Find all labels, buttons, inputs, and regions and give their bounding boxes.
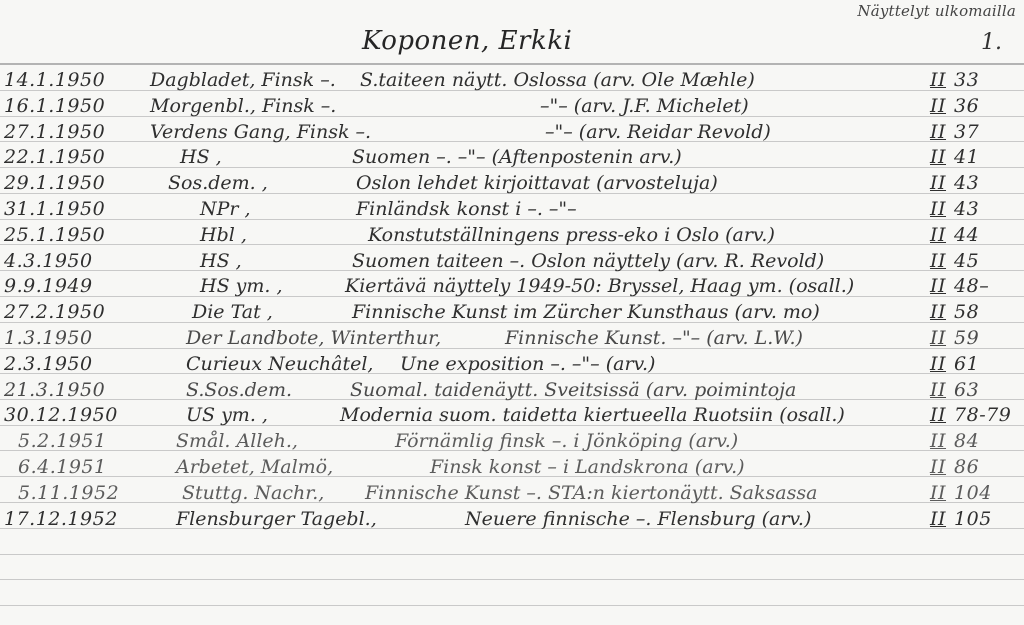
entry-page: 45 — [954, 250, 979, 272]
entry-volume: II — [930, 456, 946, 478]
entry-volume: II — [930, 250, 946, 272]
entry-page: 104 — [954, 482, 992, 504]
entry-date: 5.11.1952 — [18, 481, 168, 506]
entry-description: Finsk konst – i Landskrona (arv.) — [430, 455, 745, 480]
entry-reference: II86 — [930, 455, 1024, 480]
entry-source: Stuttg. Nachr., — [182, 481, 324, 506]
ruled-line — [0, 554, 1024, 555]
entry-date: 16.1.1950 — [4, 94, 154, 119]
entry-description: Förnämlig finsk –. i Jönköping (arv.) — [395, 429, 738, 454]
entry-page: 58 — [954, 301, 979, 323]
entry-volume: II — [930, 482, 946, 504]
entry-row: 17.12.1952 Flensburger Tagebl., Neuere f… — [0, 507, 1024, 533]
entry-page: 33 — [954, 69, 979, 91]
entry-date: 30.12.1950 — [4, 403, 154, 428]
entry-description: Konstutställningens press-eko i Oslo (ar… — [368, 223, 775, 248]
entry-row: 22.1.1950 HS , Suomen –. –"– (Aftenposte… — [0, 145, 1024, 171]
entry-description: –"– (arv. J.F. Michelet) — [540, 94, 749, 119]
entry-row: 29.1.1950 Sos.dem. , Oslon lehdet kirjoi… — [0, 171, 1024, 197]
entry-date: 6.4.1951 — [18, 455, 168, 480]
entry-volume: II — [930, 508, 946, 530]
entry-reference: II104 — [930, 481, 1024, 506]
entry-date: 27.1.1950 — [4, 120, 154, 145]
entry-page: 43 — [954, 172, 979, 194]
entry-volume: II — [930, 404, 946, 426]
entry-volume: II — [930, 353, 946, 375]
entry-source: Sos.dem. , — [168, 171, 268, 196]
entry-source: Curieux Neuchâtel, — [186, 352, 373, 377]
entry-reference: II44 — [930, 223, 1024, 248]
entry-row: 9.9.1949 HS ym. , Kiertävä näyttely 1949… — [0, 274, 1024, 300]
ruled-line — [0, 605, 1024, 606]
entry-volume: II — [930, 430, 946, 452]
entry-description: S.taiteen näytt. Oslossa (arv. Ole Mæhle… — [360, 68, 755, 93]
entry-volume: II — [930, 301, 946, 323]
category-note: Näyttelyt ulkomailla — [857, 2, 1016, 20]
entry-volume: II — [930, 146, 946, 168]
header-rule — [0, 63, 1024, 65]
entry-page: 37 — [954, 121, 979, 143]
entry-volume: II — [930, 198, 946, 220]
entry-source: HS ym. , — [200, 274, 283, 299]
entry-description: Finnische Kunst im Zürcher Kunsthaus (ar… — [352, 300, 820, 325]
entry-source: HS , — [200, 249, 242, 274]
entry-volume: II — [930, 121, 946, 143]
entry-description: Suomal. taidenäytt. Sveitsissä (arv. poi… — [350, 378, 796, 403]
entry-reference: II36 — [930, 94, 1024, 119]
index-card: Näyttelyt ulkomailla Koponen, Erkki 1. 1… — [0, 0, 1024, 625]
entry-reference: II37 — [930, 120, 1024, 145]
entry-source: Smål. Alleh., — [176, 429, 298, 454]
entry-source: S.Sos.dem. — [186, 378, 292, 403]
entry-reference: II58 — [930, 300, 1024, 325]
ruled-line — [0, 579, 1024, 580]
entry-description: Finnische Kunst. –"– (arv. L.W.) — [505, 326, 803, 351]
entry-reference: II78-79 — [930, 403, 1024, 428]
entry-reference: II63 — [930, 378, 1024, 403]
entry-page: 41 — [954, 146, 979, 168]
entry-source: Hbl , — [200, 223, 247, 248]
card-title: Koponen, Erkki — [362, 26, 572, 56]
entry-reference: II59 — [930, 326, 1024, 351]
entry-reference: II61 — [930, 352, 1024, 377]
entry-row: 5.11.1952 Stuttg. Nachr., Finnische Kuns… — [0, 481, 1024, 507]
entry-description: Kiertävä näyttely 1949-50: Bryssel, Haag… — [345, 274, 854, 299]
entry-page: 86 — [954, 456, 979, 478]
entry-row: 31.1.1950 NPr , Finländsk konst i –. –"–… — [0, 197, 1024, 223]
entry-row: 1.3.1950 Der Landbote, Winterthur, Finni… — [0, 326, 1024, 352]
entry-source: Verdens Gang, Finsk –. — [150, 120, 371, 145]
entry-description: –"– (arv. Reidar Revold) — [545, 120, 771, 145]
entry-volume: II — [930, 275, 946, 297]
entry-volume: II — [930, 224, 946, 246]
entry-list: 14.1.1950 Dagbladet, Finsk –. S.taiteen … — [0, 68, 1024, 532]
entry-reference: II84 — [930, 429, 1024, 454]
entry-reference: II43 — [930, 197, 1024, 222]
entry-date: 17.12.1952 — [4, 507, 154, 532]
entry-row: 4.3.1950 HS , Suomen taiteen –. Oslon nä… — [0, 249, 1024, 275]
entry-description: Suomen taiteen –. Oslon näyttely (arv. R… — [352, 249, 824, 274]
entry-row: 14.1.1950 Dagbladet, Finsk –. S.taiteen … — [0, 68, 1024, 94]
entry-source: NPr , — [200, 197, 251, 222]
entry-row: 30.12.1950 US ym. , Modernia suom. taide… — [0, 403, 1024, 429]
entry-description: Oslon lehdet kirjoittavat (arvosteluja) — [356, 171, 718, 196]
card-number: 1. — [981, 30, 1002, 55]
entry-source: HS , — [180, 145, 222, 170]
entry-row: 6.4.1951 Arbetet, Malmö, Finsk konst – i… — [0, 455, 1024, 481]
entry-page: 84 — [954, 430, 979, 452]
entry-page: 48– — [954, 275, 989, 297]
entry-date: 25.1.1950 — [4, 223, 154, 248]
entry-description: Neuere finnische –. Flensburg (arv.) — [465, 507, 811, 532]
entry-volume: II — [930, 95, 946, 117]
entry-source: Flensburger Tagebl., — [176, 507, 377, 532]
entry-description: Une exposition –. –"– (arv.) — [400, 352, 655, 377]
entry-description: Finländsk konst i –. –"– — [356, 197, 577, 222]
entry-volume: II — [930, 172, 946, 194]
entry-page: 78-79 — [954, 404, 1011, 426]
entry-volume: II — [930, 379, 946, 401]
entry-description: Finnische Kunst –. STA:n kiertonäytt. Sa… — [365, 481, 817, 506]
entry-description: Suomen –. –"– (Aftenpostenin arv.) — [352, 145, 682, 170]
entry-source: Die Tat , — [192, 300, 273, 325]
entry-row: 25.1.1950 Hbl , Konstutställningens pres… — [0, 223, 1024, 249]
entry-date: 9.9.1949 — [4, 274, 154, 299]
entry-reference: II33 — [930, 68, 1024, 93]
entry-date: 14.1.1950 — [4, 68, 154, 93]
entry-page: 61 — [954, 353, 979, 375]
entry-date: 31.1.1950 — [4, 197, 154, 222]
entry-row: 21.3.1950 S.Sos.dem. Suomal. taidenäytt.… — [0, 378, 1024, 404]
entry-reference: II48– — [930, 274, 1024, 299]
entry-page: 105 — [954, 508, 992, 530]
entry-reference: II45 — [930, 249, 1024, 274]
entry-page: 59 — [954, 327, 979, 349]
entry-page: 36 — [954, 95, 979, 117]
entry-volume: II — [930, 327, 946, 349]
entry-date: 21.3.1950 — [4, 378, 154, 403]
entry-reference: II105 — [930, 507, 1024, 532]
entry-row: 5.2.1951 Smål. Alleh., Förnämlig finsk –… — [0, 429, 1024, 455]
entry-date: 1.3.1950 — [4, 326, 154, 351]
entry-date: 2.3.1950 — [4, 352, 154, 377]
entry-row: 2.3.1950 Curieux Neuchâtel, Une expositi… — [0, 352, 1024, 378]
entry-source: Arbetet, Malmö, — [176, 455, 333, 480]
entry-source: Der Landbote, Winterthur, — [186, 326, 441, 351]
entry-page: 44 — [954, 224, 979, 246]
entry-reference: II43 — [930, 171, 1024, 196]
entry-source: Dagbladet, Finsk –. — [150, 68, 336, 93]
entry-row: 27.2.1950 Die Tat , Finnische Kunst im Z… — [0, 300, 1024, 326]
entry-page: 63 — [954, 379, 979, 401]
entry-date: 5.2.1951 — [18, 429, 168, 454]
entry-reference: II41 — [930, 145, 1024, 170]
entry-source: Morgenbl., Finsk –. — [150, 94, 336, 119]
entry-row: 16.1.1950 Morgenbl., Finsk –. –"– (arv. … — [0, 94, 1024, 120]
entry-source: US ym. , — [186, 403, 268, 428]
entry-date: 22.1.1950 — [4, 145, 154, 170]
entry-row: 27.1.1950 Verdens Gang, Finsk –. –"– (ar… — [0, 120, 1024, 146]
entry-date: 4.3.1950 — [4, 249, 154, 274]
entry-date: 29.1.1950 — [4, 171, 154, 196]
entry-description: Modernia suom. taidetta kiertueella Ruot… — [340, 403, 845, 428]
entry-volume: II — [930, 69, 946, 91]
entry-date: 27.2.1950 — [4, 300, 154, 325]
entry-page: 43 — [954, 198, 979, 220]
